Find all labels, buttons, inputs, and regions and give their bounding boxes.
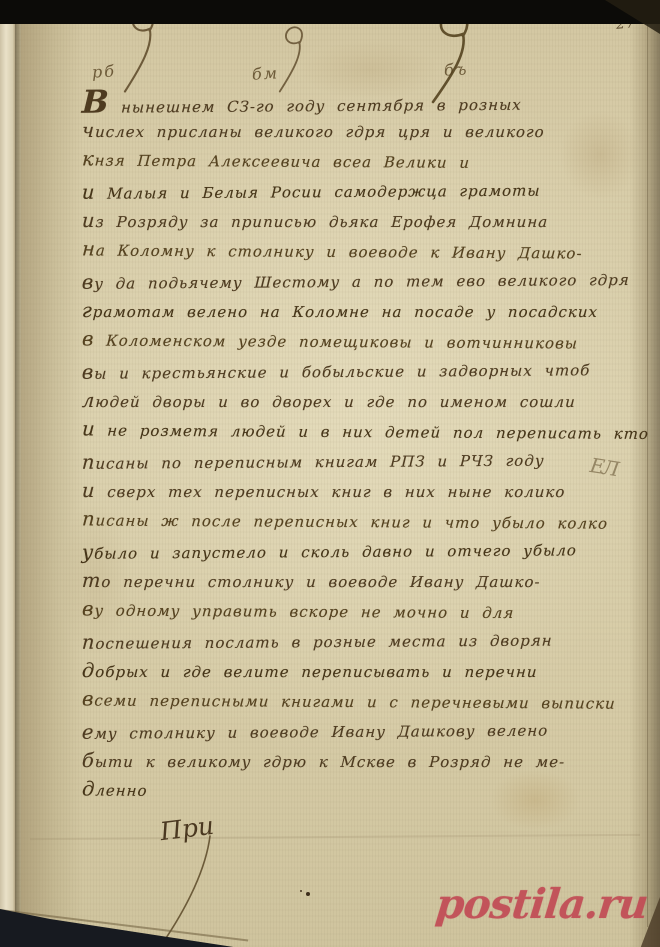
page-right-edge-line bbox=[647, 20, 648, 927]
binding-top-shadow bbox=[0, 0, 660, 24]
manuscript-line: В нынешнем СЗ-го году сентября в розных bbox=[81, 84, 599, 118]
page-right-edge-shadow bbox=[630, 0, 660, 947]
manuscript-line: в Коломенском уезде помещиковы и вотчинн… bbox=[81, 324, 599, 357]
binding-gutter-shadow bbox=[21, 8, 83, 937]
manuscript-line: ему столнику и воеводе Ивану Дашкову вел… bbox=[81, 714, 599, 748]
header-mark: рб bbox=[92, 61, 117, 81]
manuscript-line: писаны по переписным книгам РПЗ и РЧЗ го… bbox=[81, 444, 599, 478]
manuscript-line: и сверх тех переписных книг в них ныне к… bbox=[81, 476, 599, 506]
manuscript-line: людей дворы и во дворех и где по именом … bbox=[81, 386, 599, 416]
watermark-text: postila.ru bbox=[433, 880, 649, 928]
manuscript-photo: рб бм бъ 27 В нынешнем СЗ-го году сентяб… bbox=[0, 0, 660, 947]
manuscript-line: всеми переписными книгами и с перечневым… bbox=[81, 684, 599, 717]
manuscript-line: быти к великому гдрю к Мскве в Розряд не… bbox=[81, 746, 599, 776]
manuscript-line: вы и крестьянские и бобыльские и задворн… bbox=[81, 354, 599, 388]
manuscript-line: кнзя Петра Алексеевича всеа Велики и bbox=[81, 144, 599, 177]
manuscript-line: поспешения послать в розные места из дво… bbox=[81, 624, 599, 658]
manuscript-line: ву одному управить вскоре не мочно и для bbox=[81, 594, 599, 627]
manuscript-line: на Коломну к столнику и воеводе к Ивану … bbox=[81, 234, 599, 267]
header-mark: бм bbox=[252, 63, 280, 83]
manuscript-line: убыло и запустело и сколь давно и отчего… bbox=[81, 534, 599, 568]
manuscript-line: добрых и где велите переписывать и переч… bbox=[81, 656, 599, 686]
manuscript-line: и не розметя людей и в них детей пол пер… bbox=[81, 414, 599, 447]
manuscript-line: дленно bbox=[81, 774, 599, 807]
manuscript-line: из Розряду за приписью дьяка Ерофея Домн… bbox=[81, 206, 599, 236]
manuscript-lines: В нынешнем СЗ-го году сентября в розныхч… bbox=[82, 86, 598, 806]
facing-page-edge bbox=[0, 10, 15, 933]
header-mark: бъ bbox=[444, 59, 469, 79]
manuscript-line: то перечни столнику и воеводе Ивану Дашк… bbox=[81, 566, 599, 596]
manuscript-line: и Малыя и Белыя Росии самодержца грамоты bbox=[81, 174, 599, 208]
manuscript-line: писаны ж после переписных книг и что убы… bbox=[81, 504, 599, 537]
ink-specks bbox=[300, 890, 302, 892]
manuscript-line: ву да подьячему Шестому а по тем ево вел… bbox=[81, 264, 599, 298]
manuscript-line: числех присланы великого гдря цря и вели… bbox=[81, 116, 599, 146]
margin-mark: ЕЛ bbox=[588, 453, 619, 481]
manuscript-line: грамотам велено на Коломне на посаде у п… bbox=[81, 296, 599, 326]
